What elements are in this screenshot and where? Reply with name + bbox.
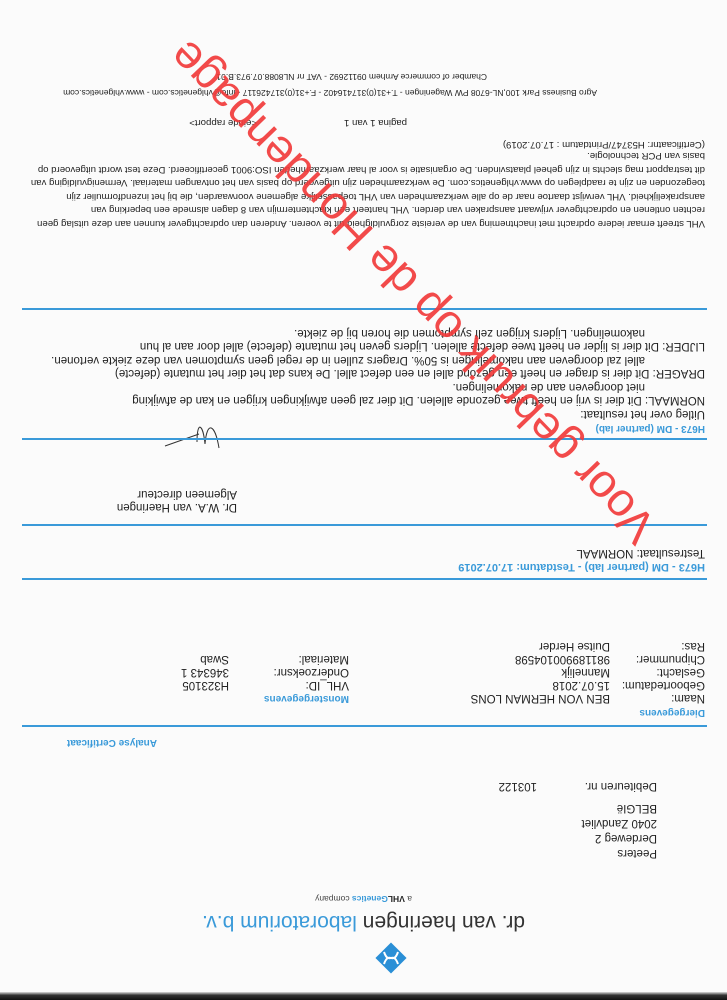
test-result: Testresultaat: NORMAAL bbox=[577, 546, 705, 559]
signatory: Dr. W.A. van Haeringen Algemeen directeu… bbox=[117, 487, 237, 513]
footer-address: Agro Business Park 100,NL-6708 PW Wageni… bbox=[63, 88, 597, 98]
lab-tagline: a VHLGenetics company bbox=[0, 894, 727, 904]
sample-data: VHL_ID:H323105 Onderzoeksnr:346343 1 Mat… bbox=[181, 652, 349, 691]
animal-section-title: Diergegevens bbox=[639, 707, 705, 718]
debtor-number: Debiteuren nr.103122 bbox=[499, 780, 657, 792]
page-number: pagina 1 van 1 bbox=[344, 117, 407, 128]
scanned-certificate-page: dr. van haeringen laboratorium b.v. a VH… bbox=[0, 0, 727, 1000]
certificate-title: Analyse Certificaat bbox=[67, 737, 157, 748]
watermark: Voor gebruik op de Hondenpage bbox=[157, 30, 667, 555]
divider bbox=[22, 438, 707, 440]
divider bbox=[22, 725, 707, 727]
scan-edge bbox=[0, 992, 727, 1000]
animal-data: Naam:BEN VON HERMAN LONS Geboortedatum:1… bbox=[471, 639, 705, 704]
signature-icon bbox=[157, 414, 227, 454]
dna-logo-icon bbox=[373, 940, 409, 976]
footer-chamber: Chamber of commerce Arnhem 09112692 - VA… bbox=[216, 72, 487, 82]
explanation-text: Uitleg over het resultaat: NORMAAL: Dit … bbox=[25, 326, 705, 421]
divider bbox=[22, 578, 707, 580]
lab-name: dr. van haeringen laboratorium b.v. bbox=[0, 910, 727, 934]
recipient-address: Peeters Derdeweg 2 2040 Zandvliet BELGIë bbox=[582, 800, 657, 860]
divider bbox=[22, 308, 707, 310]
test-header: H673 - DM (partner lab) - Testdatum: 17.… bbox=[458, 561, 705, 573]
certificate-reference: (Certificaatnr: H53747/Printdatum : 17.0… bbox=[503, 139, 705, 150]
explanation-header: H673 - DM (partner lab) bbox=[596, 423, 705, 434]
sample-section-title: Monstergegevens bbox=[264, 693, 349, 704]
